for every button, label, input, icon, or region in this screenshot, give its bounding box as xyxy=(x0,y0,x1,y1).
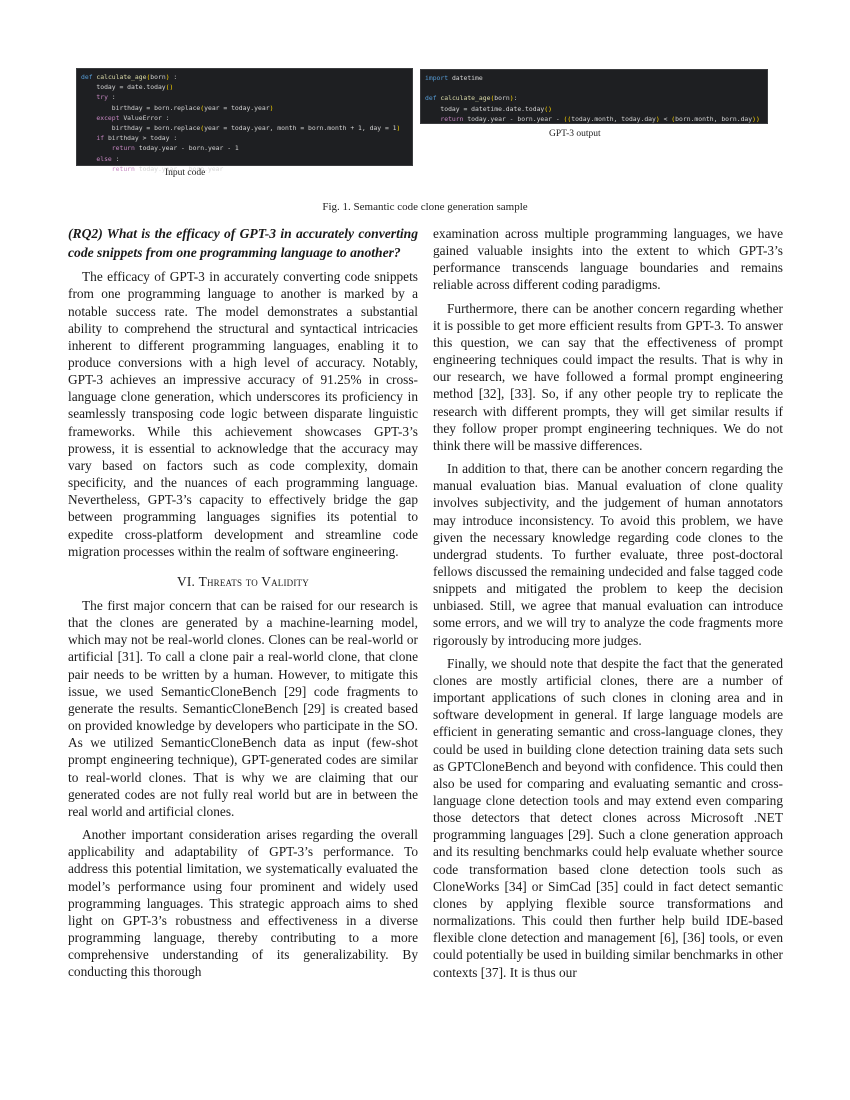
code-line: def calculate_age(born) : xyxy=(81,72,408,82)
right-column: examination across multiple programming … xyxy=(433,225,783,987)
paragraph-continuation: examination across multiple programming … xyxy=(433,225,783,294)
code-line: return today.year - born.year - ((today.… xyxy=(425,114,763,124)
input-code-caption: Input code xyxy=(165,168,205,178)
paragraph: Another important consideration arises r… xyxy=(68,826,418,980)
code-line: else : xyxy=(81,154,408,164)
section-number: VI. xyxy=(177,574,195,589)
code-line: import datetime xyxy=(425,73,763,83)
section-heading-threats-to-validity: VI. Threats to Validity xyxy=(68,573,418,590)
paragraph: Finally, we should note that despite the… xyxy=(433,655,783,981)
rq2-answer-paragraph: The efficacy of GPT-3 in accurately conv… xyxy=(68,268,418,560)
code-line: birthday = born.replace(year = today.yea… xyxy=(81,103,408,113)
paragraph: Furthermore, there can be another concer… xyxy=(433,300,783,454)
code-line: today = datetime.date.today() xyxy=(425,104,763,114)
paragraph: In addition to that, there can be anothe… xyxy=(433,460,783,649)
code-line: today = date.today() xyxy=(81,82,408,92)
paragraph: The first major concern that can be rais… xyxy=(68,597,418,820)
rq2-heading: (RQ2) What is the efficacy of GPT-3 in a… xyxy=(68,225,418,262)
section-title: Threats to Validity xyxy=(199,574,309,589)
gpt3-output-caption: GPT-3 output xyxy=(549,129,601,139)
code-line: return today.year - born.year xyxy=(81,164,408,174)
code-line: def calculate_age(born): xyxy=(425,93,763,103)
figure-caption: Fig. 1. Semantic code clone generation s… xyxy=(0,201,850,213)
left-column: (RQ2) What is the efficacy of GPT-3 in a… xyxy=(68,225,418,986)
code-line xyxy=(425,83,763,93)
input-code-snippet: def calculate_age(born) : today = date.t… xyxy=(76,68,413,166)
code-line: return today.year - born.year - 1 xyxy=(81,143,408,153)
gpt3-output-snippet: import datetime def calculate_age(born):… xyxy=(420,69,768,124)
code-line: if birthday > today : xyxy=(81,133,408,143)
code-line: birthday = born.replace(year = today.yea… xyxy=(81,123,408,133)
code-line: except ValueError : xyxy=(81,113,408,123)
code-line: try : xyxy=(81,92,408,102)
